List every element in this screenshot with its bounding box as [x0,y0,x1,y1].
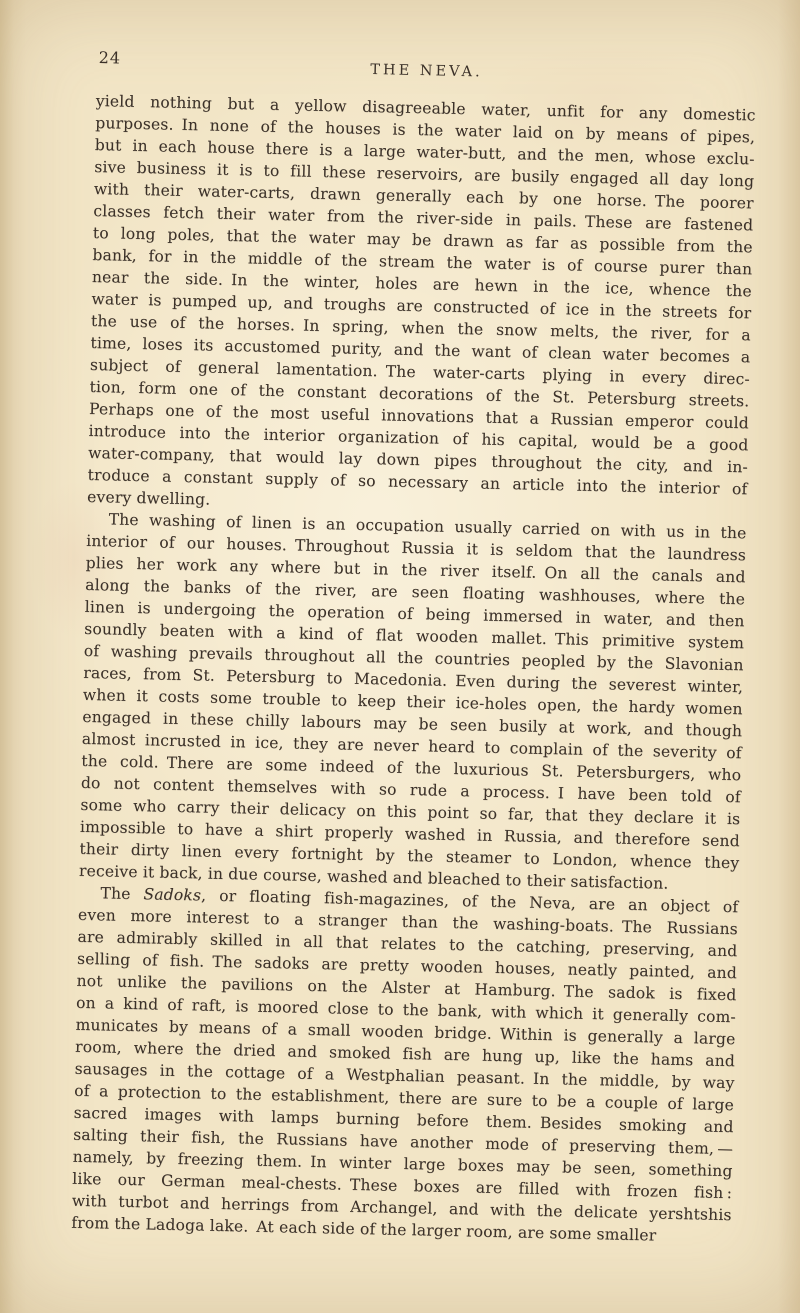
page-edge-shading-right [778,0,800,1313]
page-content: 24 THE NEVA. yield nothing but a yellow … [71,46,757,1248]
running-head: THE NEVA. [96,56,756,86]
paragraph: The washing of linen is an occupation us… [79,508,747,896]
page-body: yield nothing but a yellow disagreeable … [71,90,756,1248]
paragraph: The Sadoks, or floating fish-magazines, … [71,882,739,1248]
paragraph: yield nothing but a yellow disagreeable … [87,90,756,522]
page-edge-shading-left [0,0,26,1313]
book-page: 24 THE NEVA. yield nothing but a yellow … [0,0,800,1313]
